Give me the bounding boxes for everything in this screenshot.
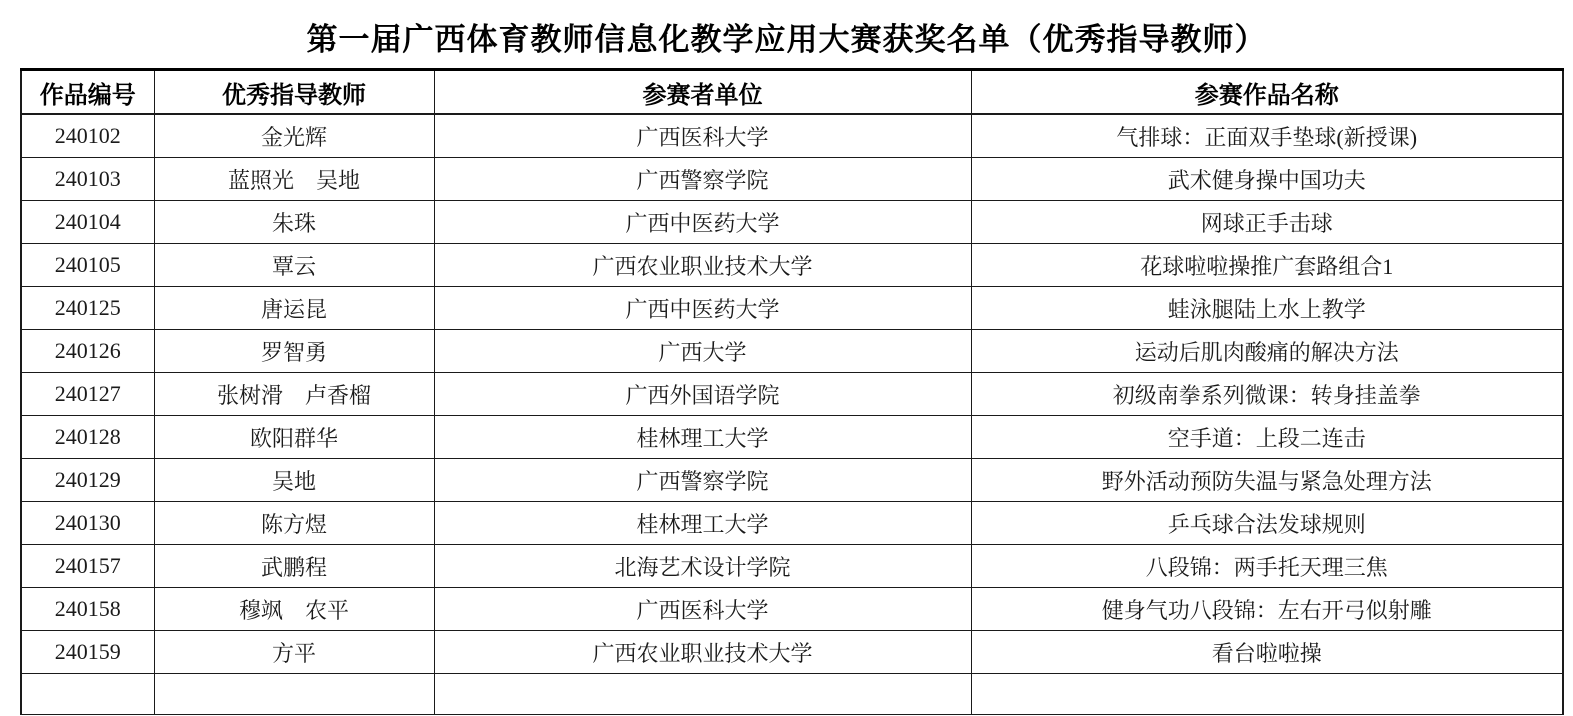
- teacher-cell: 吴地: [154, 459, 434, 502]
- table-header-row: 作品编号 优秀指导教师 参赛者单位 参赛作品名称: [21, 70, 1563, 115]
- unit-cell: 广西医科大学: [434, 114, 971, 158]
- unit-cell: 广西中医药大学: [434, 287, 971, 330]
- unit-cell: 广西农业职业技术大学: [434, 631, 971, 674]
- teacher-cell: 蓝照光 吴地: [154, 158, 434, 201]
- work-name-cell: 初级南拳系列微课：转身挂盖拳: [971, 373, 1563, 416]
- table-row: 240103 蓝照光 吴地 广西警察学院 武术健身操中国功夫: [21, 158, 1563, 201]
- awards-table: 作品编号 优秀指导教师 参赛者单位 参赛作品名称 240102 金光辉 广西医科…: [20, 68, 1564, 715]
- work-name-cell: 网球正手击球: [971, 201, 1563, 244]
- header-work-name: 参赛作品名称: [971, 70, 1563, 115]
- work-name-cell: [971, 674, 1563, 715]
- unit-cell: 广西农业职业技术大学: [434, 244, 971, 287]
- table-row: 240157 武鹏程 北海艺术设计学院 八段锦：两手托天理三焦: [21, 545, 1563, 588]
- work-code-cell: 240104: [21, 201, 154, 244]
- work-code-cell: 240103: [21, 158, 154, 201]
- work-code-cell: 240128: [21, 416, 154, 459]
- work-name-cell: 看台啦啦操: [971, 631, 1563, 674]
- teacher-cell: 武鹏程: [154, 545, 434, 588]
- work-code-cell: [21, 674, 154, 715]
- table-row: 240127 张树滑 卢香榴 广西外国语学院 初级南拳系列微课：转身挂盖拳: [21, 373, 1563, 416]
- work-name-cell: 野外活动预防失温与紧急处理方法: [971, 459, 1563, 502]
- table-row: 240105 覃云 广西农业职业技术大学 花球啦啦操推广套路组合1: [21, 244, 1563, 287]
- unit-cell: 广西警察学院: [434, 158, 971, 201]
- work-name-cell: 蛙泳腿陆上水上教学: [971, 287, 1563, 330]
- teacher-cell: 覃云: [154, 244, 434, 287]
- table-row: 240129 吴地 广西警察学院 野外活动预防失温与紧急处理方法: [21, 459, 1563, 502]
- work-code-cell: 240159: [21, 631, 154, 674]
- table-row-partial: [21, 674, 1563, 715]
- work-code-cell: 240129: [21, 459, 154, 502]
- work-code-cell: 240158: [21, 588, 154, 631]
- teacher-cell: 张树滑 卢香榴: [154, 373, 434, 416]
- work-code-cell: 240105: [21, 244, 154, 287]
- work-code-cell: 240157: [21, 545, 154, 588]
- table-row: 240130 陈方煜 桂林理工大学 乒乓球合法发球规则: [21, 502, 1563, 545]
- unit-cell: 北海艺术设计学院: [434, 545, 971, 588]
- work-name-cell: 武术健身操中国功夫: [971, 158, 1563, 201]
- work-code-cell: 240125: [21, 287, 154, 330]
- unit-cell: [434, 674, 971, 715]
- work-code-cell: 240102: [21, 114, 154, 158]
- work-name-cell: 八段锦：两手托天理三焦: [971, 545, 1563, 588]
- unit-cell: 广西大学: [434, 330, 971, 373]
- unit-cell: 广西中医药大学: [434, 201, 971, 244]
- teacher-cell: 唐运昆: [154, 287, 434, 330]
- table-row: 240126 罗智勇 广西大学 运动后肌肉酸痛的解决方法: [21, 330, 1563, 373]
- teacher-cell: 金光辉: [154, 114, 434, 158]
- unit-cell: 广西外国语学院: [434, 373, 971, 416]
- teacher-cell: [154, 674, 434, 715]
- work-name-cell: 健身气功八段锦：左右开弓似射雕: [971, 588, 1563, 631]
- unit-cell: 广西医科大学: [434, 588, 971, 631]
- teacher-cell: 陈方煜: [154, 502, 434, 545]
- work-name-cell: 空手道：上段二连击: [971, 416, 1563, 459]
- work-code-cell: 240126: [21, 330, 154, 373]
- unit-cell: 桂林理工大学: [434, 416, 971, 459]
- header-teacher: 优秀指导教师: [154, 70, 434, 115]
- page-title: 第一届广西体育教师信息化教学应用大赛获奖名单（优秀指导教师）: [0, 14, 1573, 59]
- unit-cell: 广西警察学院: [434, 459, 971, 502]
- work-name-cell: 乒乓球合法发球规则: [971, 502, 1563, 545]
- teacher-cell: 朱珠: [154, 201, 434, 244]
- table-row: 240128 欧阳群华 桂林理工大学 空手道：上段二连击: [21, 416, 1563, 459]
- work-code-cell: 240130: [21, 502, 154, 545]
- work-name-cell: 气排球：正面双手垫球(新授课): [971, 114, 1563, 158]
- teacher-cell: 方平: [154, 631, 434, 674]
- unit-cell: 桂林理工大学: [434, 502, 971, 545]
- teacher-cell: 罗智勇: [154, 330, 434, 373]
- teacher-cell: 欧阳群华: [154, 416, 434, 459]
- teacher-cell: 穆飒 农平: [154, 588, 434, 631]
- work-code-cell: 240127: [21, 373, 154, 416]
- work-name-cell: 花球啦啦操推广套路组合1: [971, 244, 1563, 287]
- table-row: 240158 穆飒 农平 广西医科大学 健身气功八段锦：左右开弓似射雕: [21, 588, 1563, 631]
- header-unit: 参赛者单位: [434, 70, 971, 115]
- table-row: 240102 金光辉 广西医科大学 气排球：正面双手垫球(新授课): [21, 114, 1563, 158]
- table-row: 240125 唐运昆 广西中医药大学 蛙泳腿陆上水上教学: [21, 287, 1563, 330]
- table-row: 240159 方平 广西农业职业技术大学 看台啦啦操: [21, 631, 1563, 674]
- header-work-code: 作品编号: [21, 70, 154, 115]
- table-row: 240104 朱珠 广西中医药大学 网球正手击球: [21, 201, 1563, 244]
- work-name-cell: 运动后肌肉酸痛的解决方法: [971, 330, 1563, 373]
